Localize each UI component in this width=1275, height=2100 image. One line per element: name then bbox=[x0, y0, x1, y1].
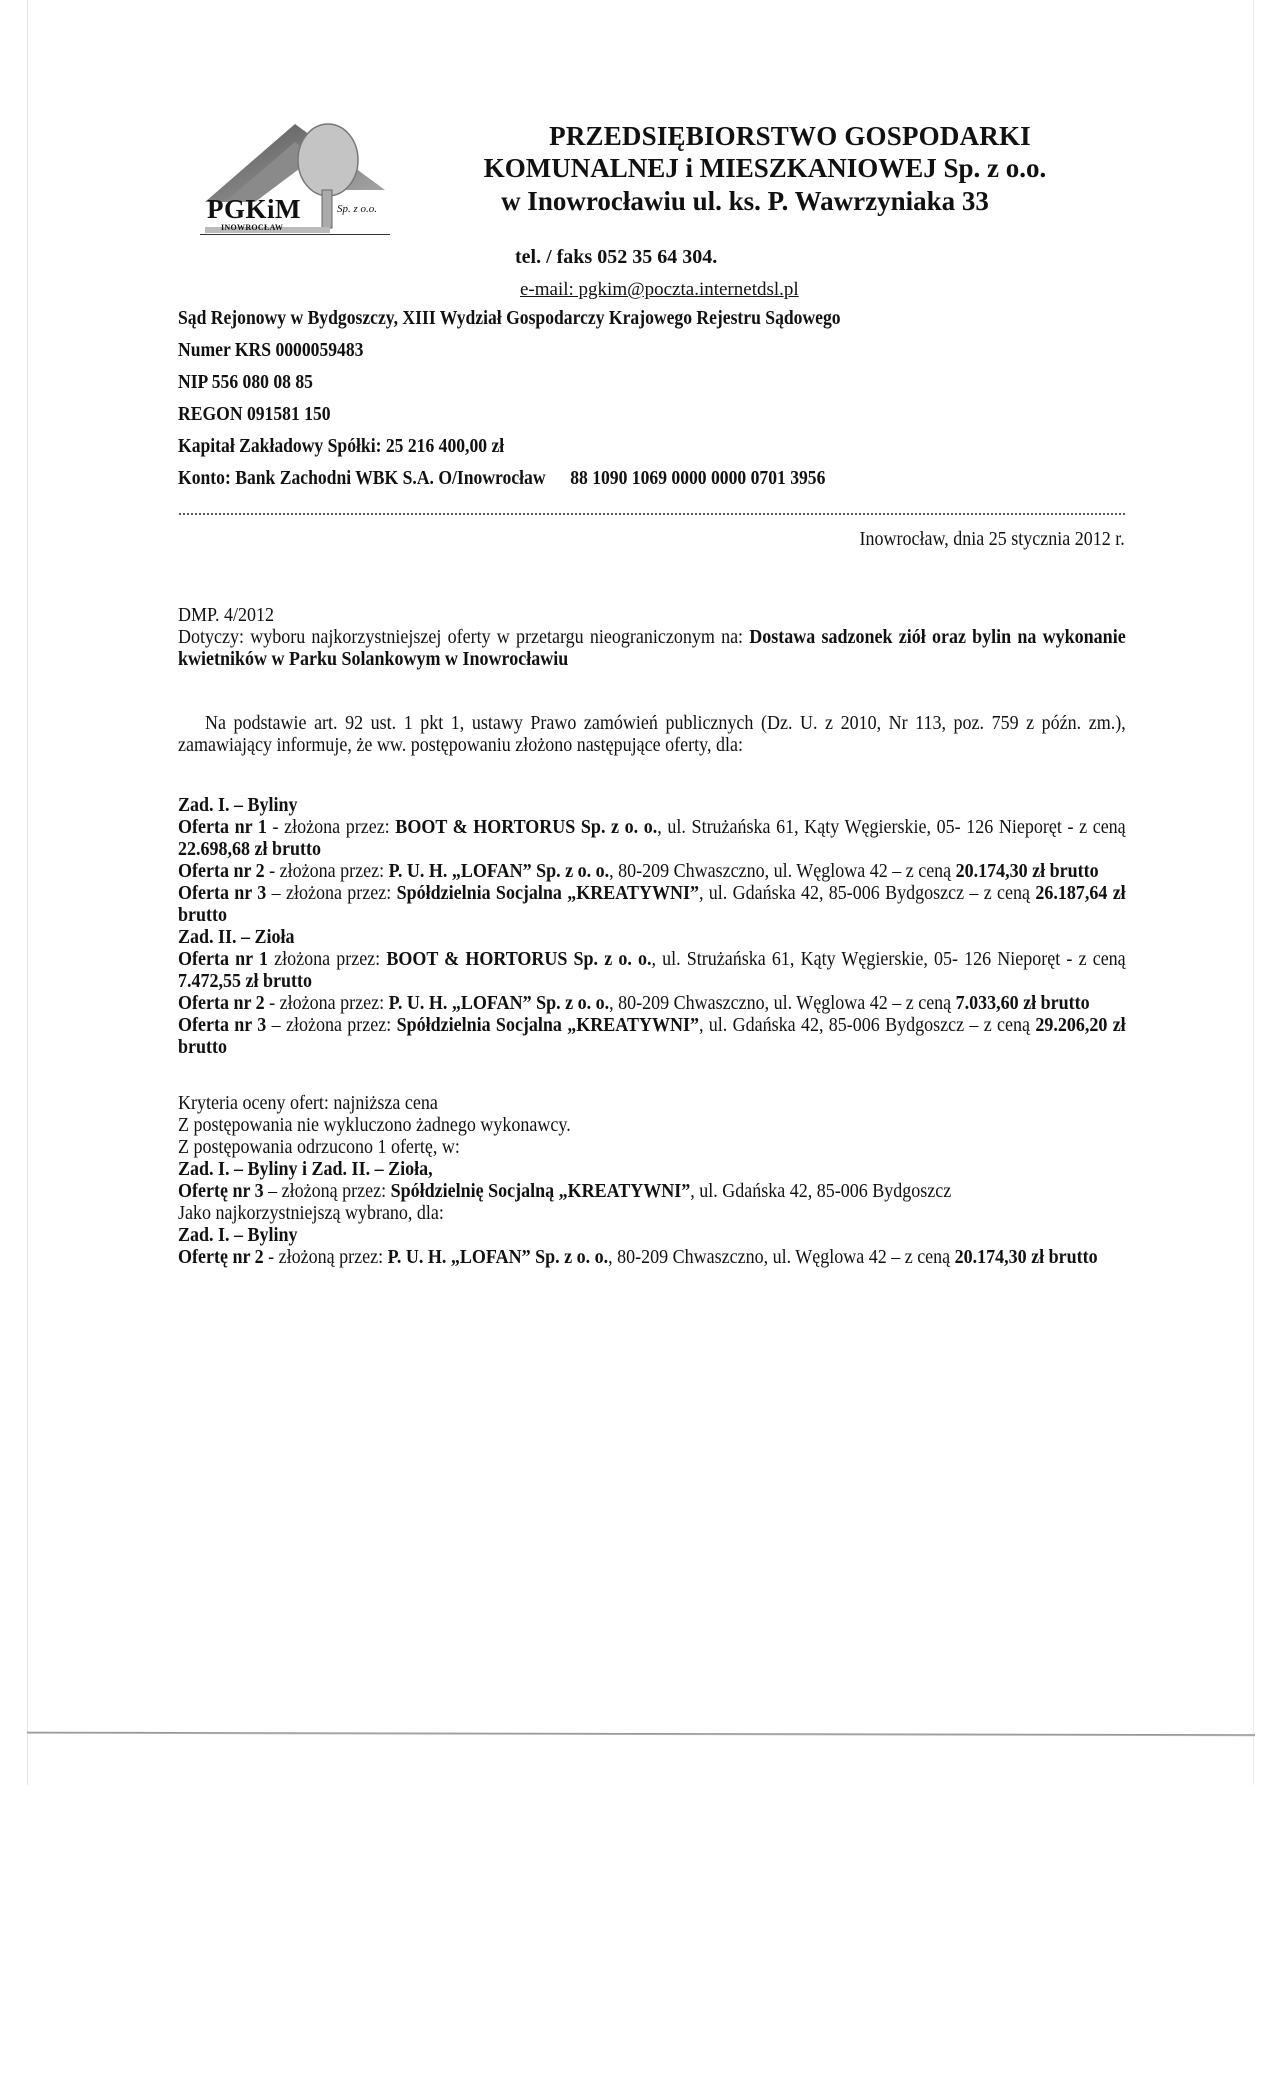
reference-number: DMP. 4/2012 bbox=[178, 604, 1126, 626]
letterhead-phone: tel. / faks 052 35 64 304. bbox=[515, 242, 717, 272]
offer-entry: Oferta nr 1 - złożona przez: BOOT & HORT… bbox=[178, 816, 1126, 860]
task-heading: Zad. II. – Zioła bbox=[178, 926, 1126, 948]
letterhead-email[interactable]: e-mail: pgkim@poczta.internetdsl.pl bbox=[520, 276, 799, 304]
rejected-offer-address: , ul. Gdańska 42, 85-006 Bydgoszcz bbox=[690, 1180, 951, 1202]
offer-entry: Oferta nr 2 - złożona przez: P. U. H. „L… bbox=[178, 860, 1126, 882]
letterhead-line-3: w Inowrocławiu ul. ks. P. Wawrzyniaka 33 bbox=[370, 184, 1120, 218]
rejected-offer: Ofertę nr 3 – złożoną przez: Spółdzielni… bbox=[178, 1180, 1126, 1202]
bank-name: Konto: Bank Zachodni WBK S.A. O/Inowrocł… bbox=[178, 467, 546, 489]
offer-label: Oferta nr 3 bbox=[178, 882, 266, 904]
criteria: Kryteria oceny ofert: najniższa cena bbox=[178, 1092, 1126, 1114]
offer-company: Spółdzielnia Socjalna „KREATYWNI” bbox=[397, 882, 699, 904]
selected-offer-address: , 80-209 Chwaszczno, ul. Węglowa 42 – z … bbox=[608, 1246, 955, 1268]
offer-address: , 80-209 Chwaszczno, ul. Węglowa 42 – z … bbox=[609, 860, 956, 882]
selected-offer-price: 20.174,30 zł brutto bbox=[955, 1246, 1098, 1268]
letterhead: PRZEDSIĘBIORSTWO GOSPODARKI KOMUNALNEJ i… bbox=[400, 120, 1120, 218]
subject: Dotyczy: wyboru najkorzystniejszej ofert… bbox=[178, 626, 1126, 670]
logo-name: PGKiM bbox=[207, 194, 301, 225]
nip-line: NIP 556 080 08 85 bbox=[178, 366, 841, 398]
letter-body: DMP. 4/2012 Dotyczy: wyboru najkorzystni… bbox=[178, 574, 1126, 1268]
offer-sep: – złożona przez: bbox=[266, 882, 396, 904]
offer-company: Spółdzielnia Socjalna „KREATYWNI” bbox=[397, 1014, 699, 1036]
offer-sep: – złożona przez: bbox=[266, 1014, 396, 1036]
rejected-offer-company: Spółdzielnię Socjalną „KREATYWNI” bbox=[391, 1180, 691, 1202]
offer-company: BOOT & HORTORUS Sp. z o. o. bbox=[386, 948, 651, 970]
offer-address: , ul. Strużańska 61, Kąty Węgierskie, 05… bbox=[651, 948, 1125, 970]
offer-sep: złożona przez: bbox=[268, 948, 386, 970]
offer-address: , ul. Gdańska 42, 85-006 Bydgoszcz – z c… bbox=[699, 882, 1035, 904]
dotted-separator bbox=[178, 512, 1126, 516]
offer-company: P. U. H. „LOFAN” Sp. z o. o. bbox=[389, 860, 610, 882]
offer-label: Oferta nr 2 bbox=[178, 992, 265, 1014]
rejected-tasks: Zad. I. – Byliny i Zad. II. – Zioła, bbox=[178, 1158, 1126, 1180]
capital-line: Kapitał Zakładowy Spółki: 25 216 400,00 … bbox=[178, 430, 841, 462]
task-heading: Zad. I. – Byliny bbox=[178, 794, 1126, 816]
excluded-note: Z postępowania nie wykluczono żadnego wy… bbox=[178, 1114, 1126, 1136]
offer-sep: - złożona przez: bbox=[267, 816, 395, 838]
offer-company: P. U. H. „LOFAN” Sp. z o. o. bbox=[389, 992, 610, 1014]
offer-address: , ul. Strużańska 61, Kąty Węgierskie, 05… bbox=[657, 816, 1125, 838]
offer-label: Oferta nr 1 bbox=[178, 816, 267, 838]
rejected-offer-label: Ofertę nr 3 bbox=[178, 1180, 264, 1202]
selected-intro: Jako najkorzystniejszą wybrano, dla: bbox=[178, 1202, 1126, 1224]
rejected-offer-sep: – złożoną przez: bbox=[264, 1180, 391, 1202]
regon-line: REGON 091581 150 bbox=[178, 398, 841, 430]
selected-offer-label: Ofertę nr 2 bbox=[178, 1246, 264, 1268]
selected-offer-company: P. U. H. „LOFAN” Sp. z o. o. bbox=[388, 1246, 609, 1268]
offer-label: Oferta nr 2 bbox=[178, 860, 265, 882]
offer-entry: Oferta nr 3 – złożona przez: Spółdzielni… bbox=[178, 882, 1126, 926]
selected-task: Zad. I. – Byliny bbox=[178, 1224, 1126, 1246]
selected-offer-sep: - złożoną przez: bbox=[264, 1246, 388, 1268]
offer-sep: - złożona przez: bbox=[265, 992, 389, 1014]
place-date: Inowrocław, dnia 25 stycznia 2012 r. bbox=[860, 528, 1125, 551]
company-logo: PGKiM Sp. z o.o. INOWROCŁAW bbox=[195, 112, 395, 242]
bank-account-number: 88 1090 1069 0000 0000 0701 3956 bbox=[570, 467, 825, 489]
logo-city: INOWROCŁAW bbox=[221, 223, 283, 232]
offer-price: 7.472,55 zł brutto bbox=[178, 970, 312, 992]
rejected-intro: Z postępowania odrzucono 1 ofertę, w: bbox=[178, 1136, 1126, 1158]
logo-underline bbox=[200, 234, 390, 235]
court-line: Sąd Rejonowy w Bydgoszczy, XIII Wydział … bbox=[178, 302, 841, 334]
letterhead-line-1: PRZEDSIĘBIORSTWO GOSPODARKI bbox=[460, 120, 1120, 152]
subject-prefix: Dotyczy: wyboru najkorzystniejszej ofert… bbox=[178, 626, 749, 648]
tasks-list: Zad. I. – BylinyOferta nr 1 - złożona pr… bbox=[178, 794, 1126, 1058]
offer-entry: Oferta nr 2 - złożona przez: P. U. H. „L… bbox=[178, 992, 1126, 1014]
offer-address: , 80-209 Chwaszczno, ul. Węglowa 42 – z … bbox=[609, 992, 956, 1014]
offer-sep: - złożona przez: bbox=[265, 860, 389, 882]
offer-label: Oferta nr 1 bbox=[178, 948, 268, 970]
offer-company: BOOT & HORTORUS Sp. z o. o. bbox=[395, 816, 657, 838]
offer-entry: Oferta nr 3 – złożona przez: Spółdzielni… bbox=[178, 1014, 1126, 1058]
offer-entry: Oferta nr 1 złożona przez: BOOT & HORTOR… bbox=[178, 948, 1126, 992]
offer-price: 22.698,68 zł brutto bbox=[178, 838, 321, 860]
letterhead-line-2: KOMUNALNEJ i MIESZKANIOWEJ Sp. z o.o. bbox=[410, 152, 1120, 184]
offer-price: 7.033,60 zł brutto bbox=[956, 992, 1090, 1014]
krs-line: Numer KRS 0000059483 bbox=[178, 334, 841, 366]
intro-paragraph: Na podstawie art. 92 ust. 1 pkt 1, ustaw… bbox=[178, 712, 1126, 756]
selected-offer: Ofertę nr 2 - złożoną przez: P. U. H. „L… bbox=[178, 1246, 1126, 1268]
company-registration: Sąd Rejonowy w Bydgoszczy, XIII Wydział … bbox=[178, 302, 841, 494]
bank-line: Konto: Bank Zachodni WBK S.A. O/Inowrocł… bbox=[178, 462, 841, 494]
offer-label: Oferta nr 3 bbox=[178, 1014, 266, 1036]
offer-address: , ul. Gdańska 42, 85-006 Bydgoszcz – z c… bbox=[699, 1014, 1035, 1036]
offer-price: 20.174,30 zł brutto bbox=[956, 860, 1099, 882]
